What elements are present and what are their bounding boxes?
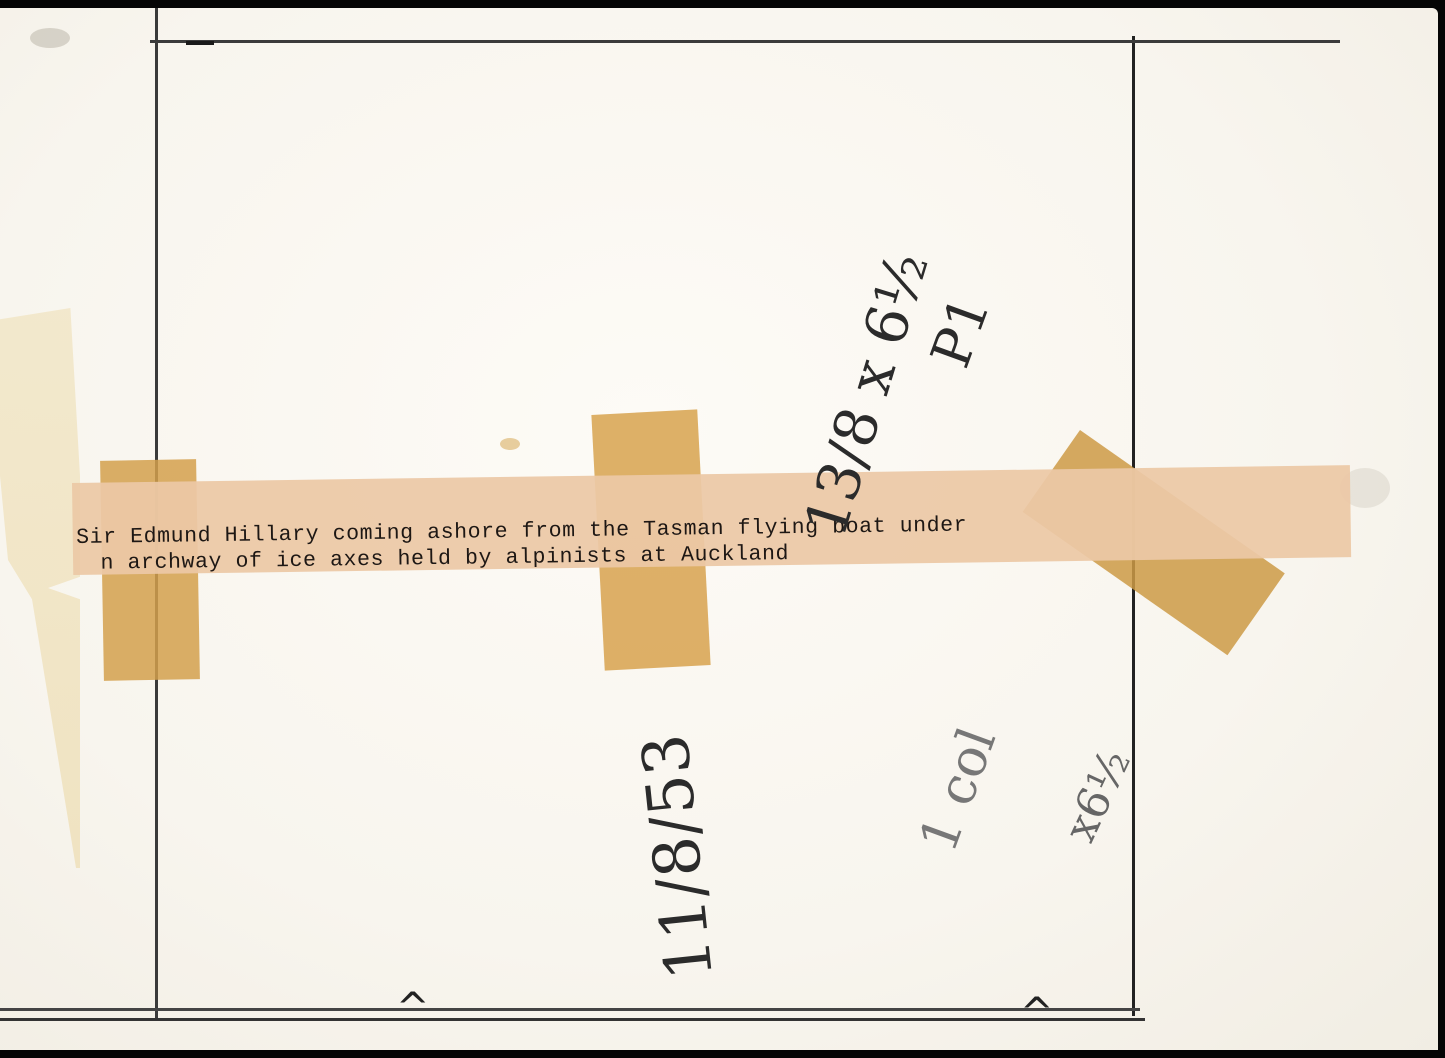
stain: [30, 28, 70, 48]
crop-line-bottom-2: [0, 1018, 1145, 1021]
crop-line-top: [150, 40, 1340, 43]
crop-line-bottom: [0, 1008, 1140, 1011]
crop-tick-top: [186, 41, 214, 45]
stain: [500, 438, 520, 450]
crop-marker-left: ^: [396, 985, 430, 1031]
crop-marker-right: ^: [1020, 990, 1054, 1036]
